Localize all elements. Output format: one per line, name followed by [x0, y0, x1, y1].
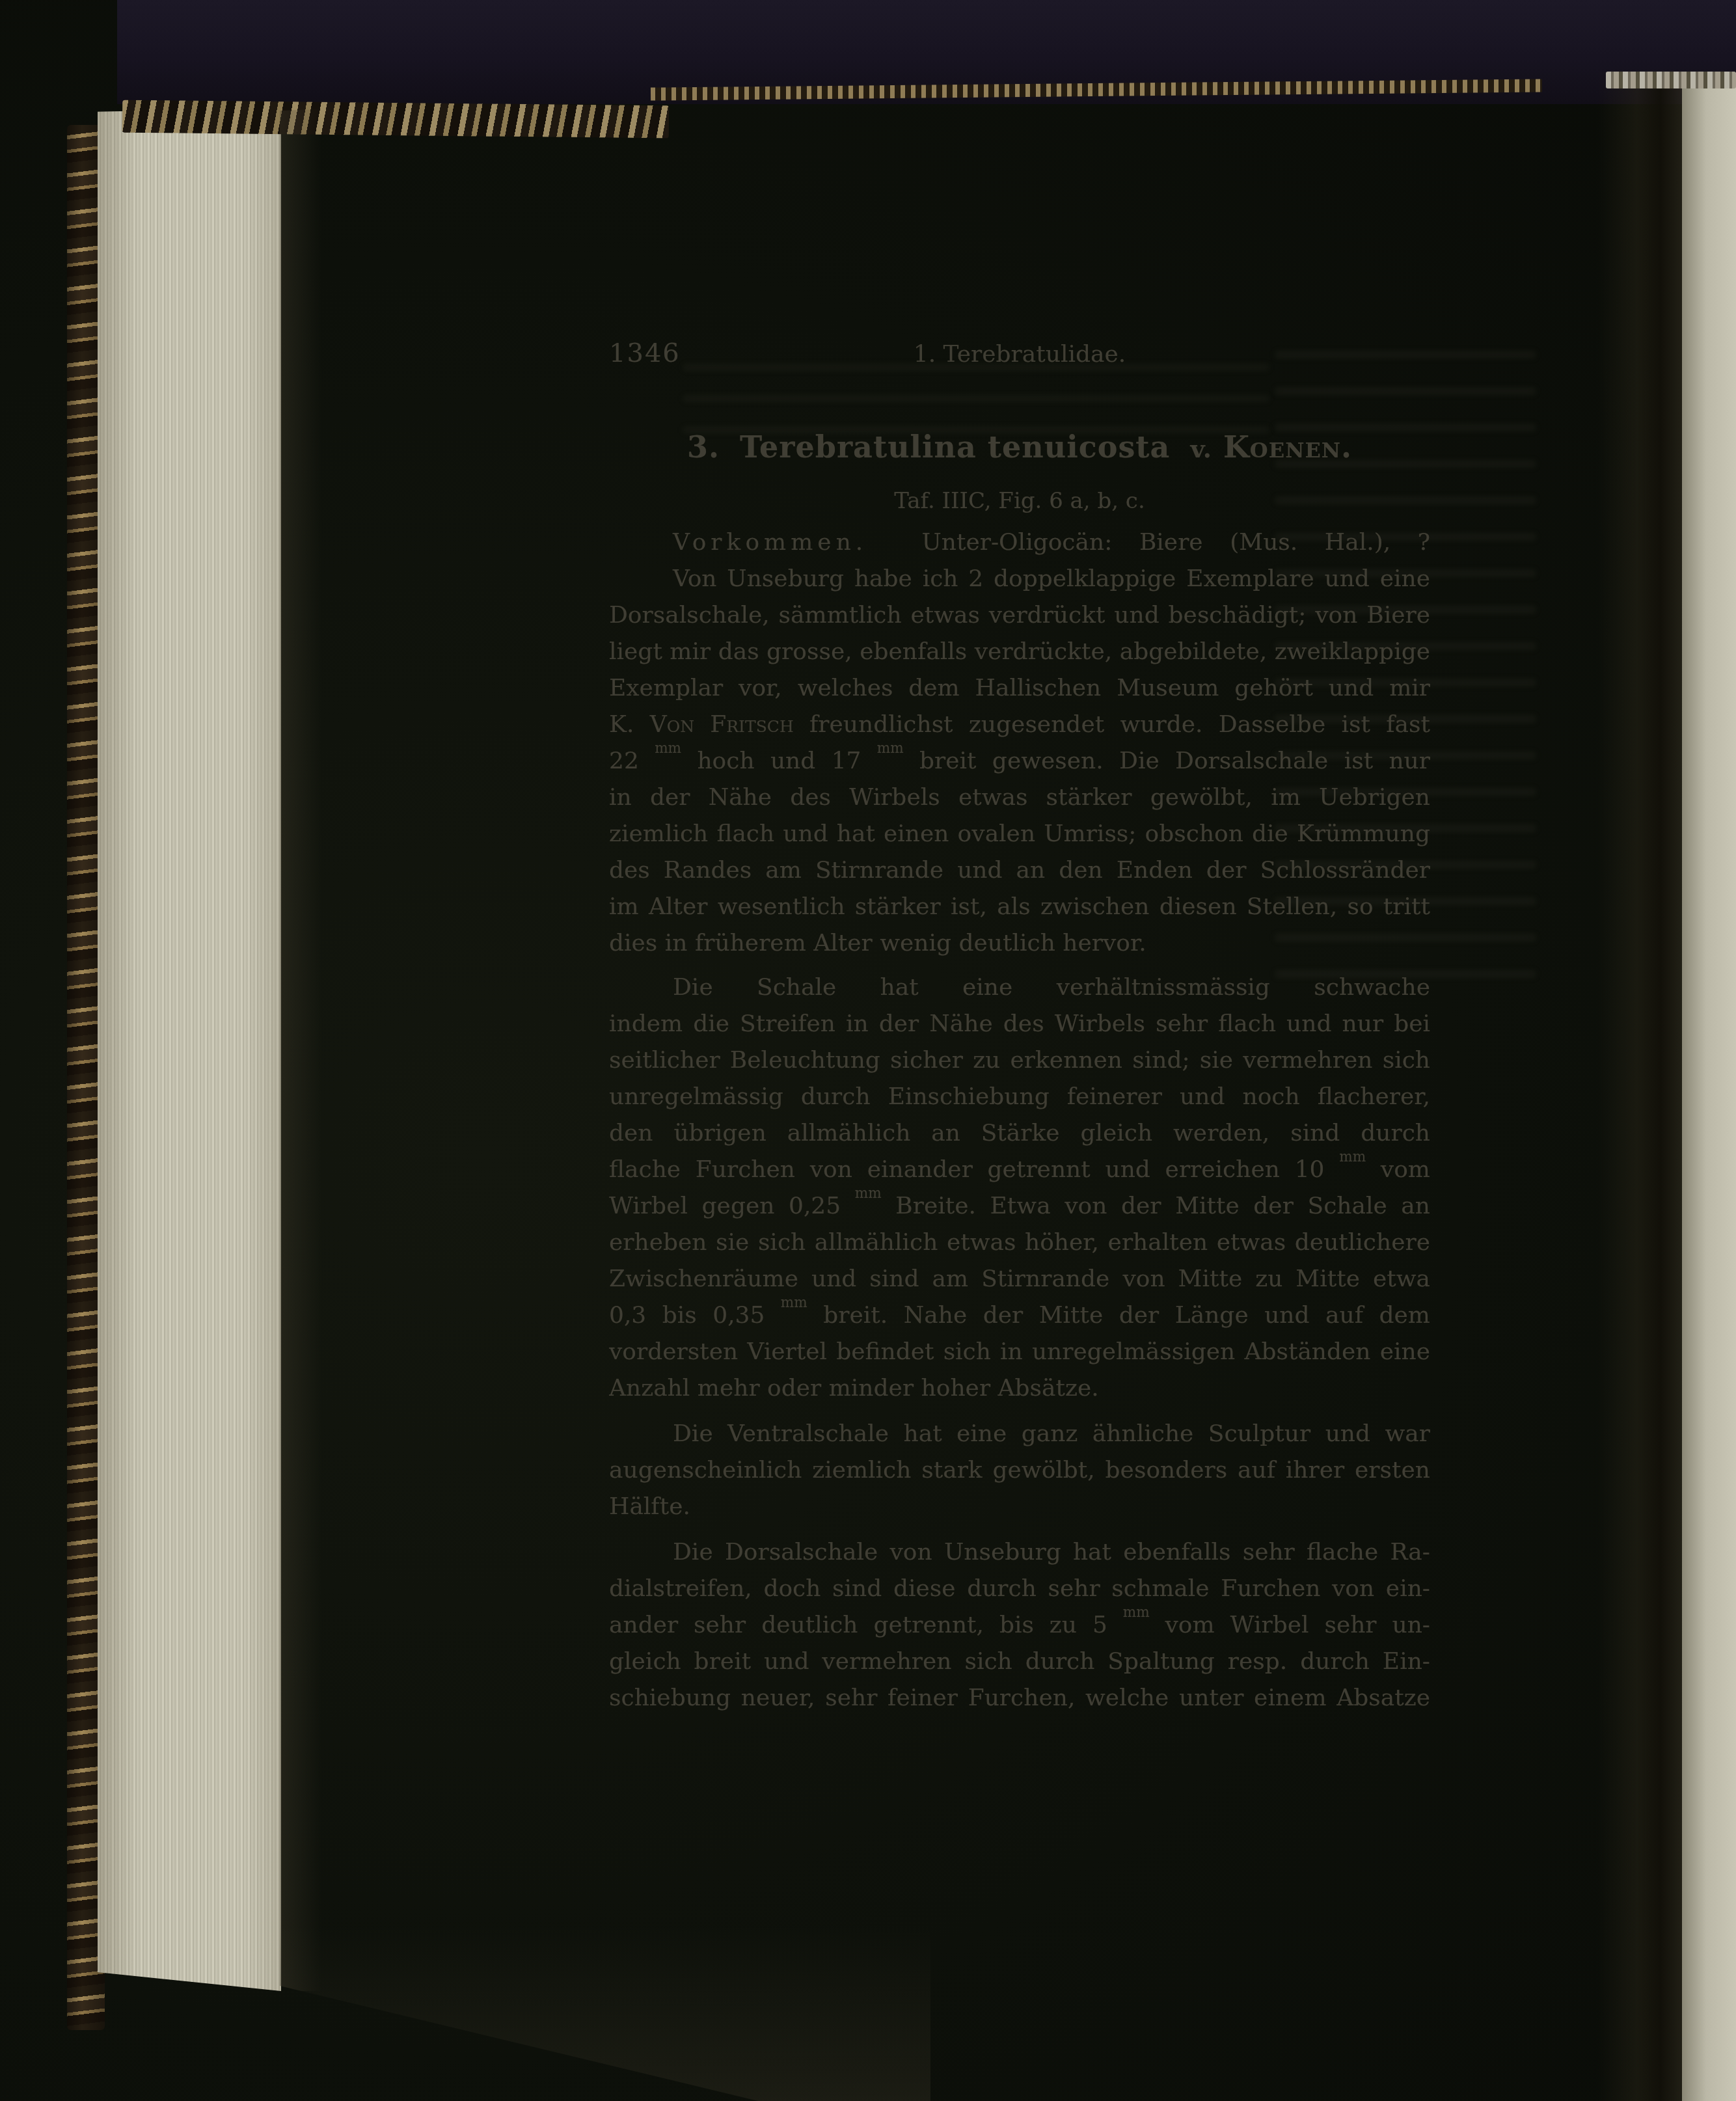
ink-bleedthrough-top	[683, 364, 1269, 436]
facing-page-edge	[1682, 73, 1736, 2101]
text-line: ziemlich flach und hat einen ovalen Umri…	[609, 816, 1430, 852]
text-line: vordersten Viertel befindet sich in unre…	[609, 1334, 1430, 1370]
book-photograph: 1346 1. Terebratulidae. 3. Terebratulina…	[0, 0, 1736, 2101]
occurrence-paragraph: Vorkommen. Unter-Oligocän: Biere (Mus. H…	[609, 524, 1430, 561]
text-line: den übrigen allmählich an Stärke gleich …	[609, 1115, 1430, 1152]
species-heading-number: 3.	[687, 429, 720, 465]
text-line: des Randes am Stirnrande und an den Ende…	[609, 852, 1430, 889]
text-line: seitlicher Beleuchtung sicher zu erkenne…	[609, 1042, 1430, 1079]
text-line: K. Von Fritsch freundlichst zugesendet w…	[609, 707, 1430, 743]
page-bottom-shade	[280, 1926, 930, 2101]
text-line: augenscheinlich ziemlich stark gewölbt, …	[609, 1452, 1430, 1489]
text-line: Wirbel gegen 0,25 mm Breite. Etwa von de…	[609, 1188, 1430, 1225]
text-line: Die Ventralschale hat eine ganz ähnliche…	[609, 1416, 1430, 1452]
page-left-shade	[277, 98, 322, 1991]
text-line: Hälfte.	[609, 1489, 1430, 1525]
page-stack-fore-edge	[98, 108, 281, 1991]
paragraph-2: Die Schale hat eine verhältnissmässig sc…	[609, 969, 1430, 1407]
text-line: dialstreifen, doch sind diese durch sehr…	[609, 1571, 1430, 1607]
running-header: 1. Terebratulidae.	[609, 341, 1430, 368]
species-heading-name: Terebratulina tenuicosta	[740, 429, 1170, 465]
text-line: Die Schale hat eine verhältnissmässig sc…	[609, 969, 1430, 1006]
book-gutter-shadow	[1597, 72, 1685, 2101]
text-line: Von Unseburg habe ich 2 doppelklappige E…	[609, 561, 1430, 597]
species-heading: 3. Terebratulina tenuicosta v. Koenen.	[609, 429, 1430, 465]
text-line: gleich breit und vermehren sich durch Sp…	[609, 1644, 1430, 1680]
occurrence-label: Vorkommen.	[673, 529, 867, 556]
paragraph-3: Die Ventralschale hat eine ganz ähnliche…	[609, 1416, 1430, 1525]
text-line: unregelmässig durch Einschiebung feinere…	[609, 1079, 1430, 1115]
text-line: Dorsalschale, sämmtlich etwas verdrückt …	[609, 597, 1430, 634]
plate-figure-reference: Taf. IIIC, Fig. 6 a, b, c.	[609, 488, 1430, 514]
text-line: in der Nähe des Wirbels etwas stärker ge…	[609, 779, 1430, 816]
text-line: flache Furchen von einander getrennt und…	[609, 1152, 1430, 1188]
text-line: 0,3 bis 0,35 mm breit. Nahe der Mitte de…	[609, 1297, 1430, 1334]
text-line: erheben sie sich allmählich etwas höher,…	[609, 1225, 1430, 1261]
text-line: dies in früherem Alter wenig deutlich he…	[609, 925, 1430, 962]
text-line: Zwischenräume und sind am Stirnrande von…	[609, 1261, 1430, 1297]
book-headband	[1606, 72, 1736, 88]
text-line: 22 mm hoch und 17 mm breit gewesen. Die …	[609, 743, 1430, 779]
text-line: im Alter wesentlich stärker ist, als zwi…	[609, 889, 1430, 925]
text-line: Anzahl mehr oder minder hoher Absätze.	[609, 1370, 1430, 1407]
text-line: liegt mir das grosse, ebenfalls verdrück…	[609, 634, 1430, 670]
paragraph-1: Von Unseburg habe ich 2 doppelklappige E…	[609, 561, 1430, 962]
text-line: Exemplar vor, welches dem Hallischen Mus…	[609, 670, 1430, 707]
text-line: Vorkommen. Unter-Oligocän: Biere (Mus. H…	[609, 524, 1430, 561]
species-heading-author: Koenen.	[1223, 429, 1352, 465]
text-line: schiebung neuer, sehr feiner Furchen, we…	[609, 1680, 1430, 1716]
paragraph-4: Die Dorsalschale von Unseburg hat ebenfa…	[609, 1534, 1430, 1716]
text-line: indem die Streifen in der Nähe des Wirbe…	[609, 1006, 1430, 1042]
species-heading-connector: v.	[1190, 434, 1212, 463]
text-line: Die Dorsalschale von Unseburg hat ebenfa…	[609, 1534, 1430, 1571]
text-line: ander sehr deutlich getrennt, bis zu 5 m…	[609, 1607, 1430, 1644]
